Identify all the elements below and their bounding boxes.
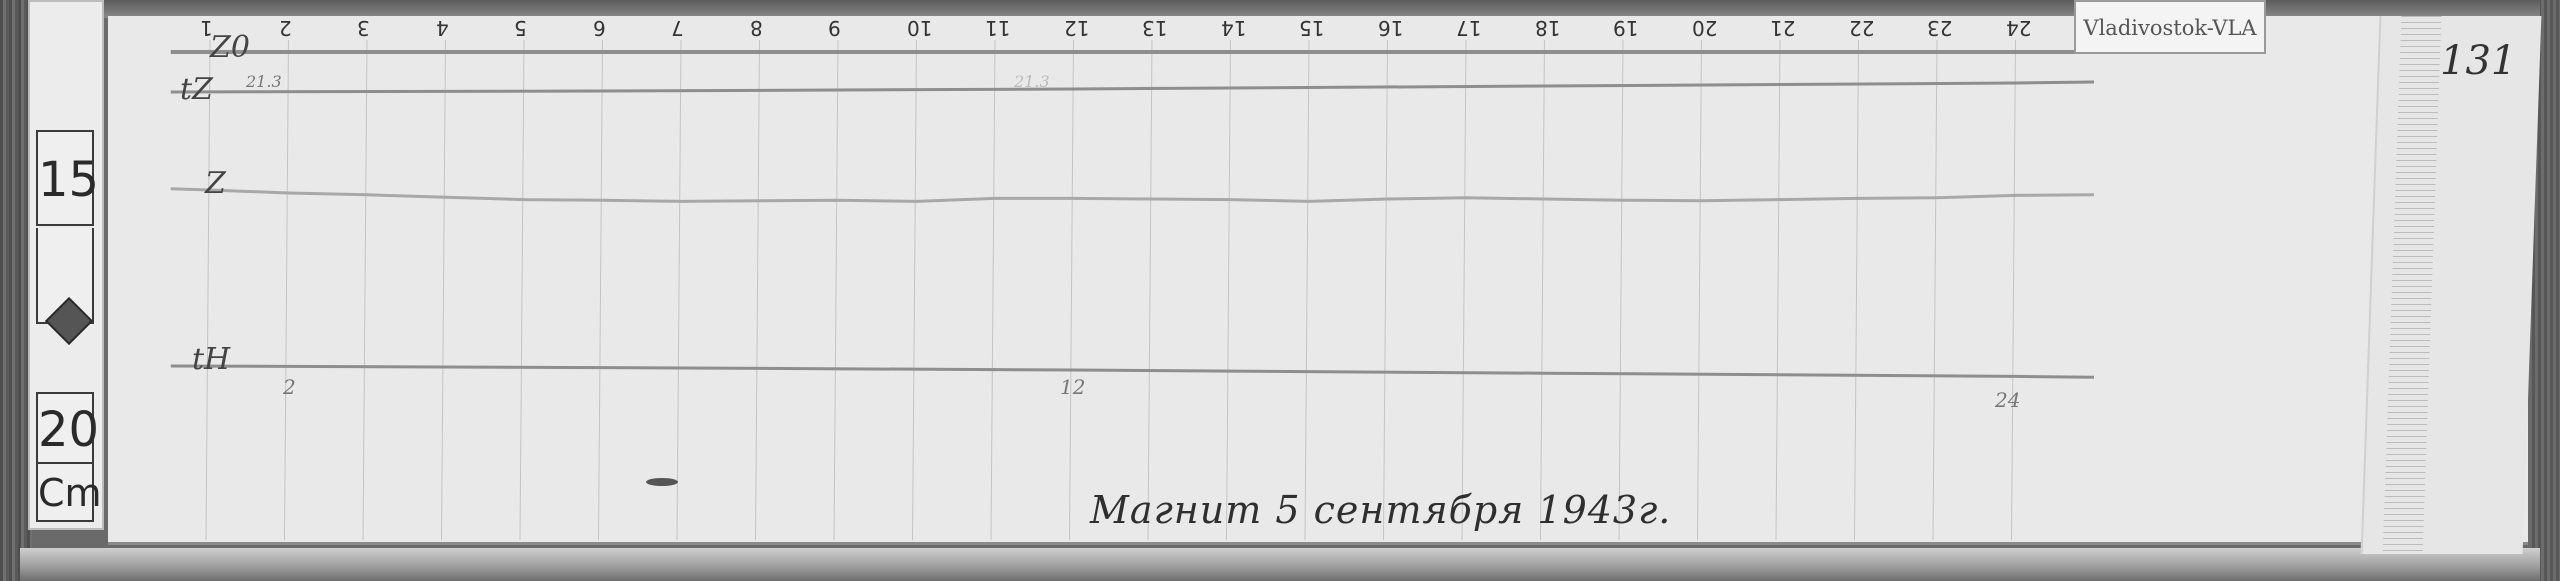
hour-tick-label: 21 [1770,16,1795,40]
hour-tick-label: 22 [1849,16,1874,40]
hour-tick-label: 8 [750,16,763,40]
hour-marker-24: 24 [1995,388,2020,412]
hour-tick-label: 4 [436,16,449,40]
hour-tick-label: 23 [1927,16,1952,40]
hour-tick-label: 18 [1535,16,1560,40]
hour-tick-label: 24 [2006,16,2031,40]
hour-tick-label: 13 [1142,16,1167,40]
trace-label-tz: tZ [180,72,213,107]
hour-marker-2: 2 [283,375,296,399]
hour-tick-label: 6 [593,16,606,40]
trace-line [171,366,2094,377]
hour-tick-label: 20 [1692,16,1717,40]
hour-marker-12: 12 [1060,375,1085,399]
tz-value-label-mid: 21.3 [1014,72,1050,91]
hour-tick-label: 17 [1456,16,1481,40]
trace-label-z: Z [205,166,226,201]
trace-label-z0: Z0 [210,30,250,65]
hour-tick-label: 15 [1299,16,1324,40]
hour-tick-label: 11 [985,16,1010,40]
hour-tick-label: 16 [1378,16,1403,40]
hour-tick-label: 10 [907,16,932,40]
trace-label-th: tH [192,342,230,377]
tz-value-label: 21.3 [246,72,282,91]
station-label: Vladivostok-VLA [2074,0,2266,54]
trace-line [171,189,2094,202]
hour-tick-label: 12 [1064,16,1089,40]
hour-tick-label: 9 [828,16,841,40]
hour-tick-label: 19 [1613,16,1638,40]
trace-line [171,82,2094,92]
caption: Магнит 5 сентября 1943г. [1090,488,1671,532]
hour-tick-label: 2 [279,16,292,40]
hour-tick-label: 14 [1221,16,1246,40]
sheet-number: 131 [2440,38,2516,84]
hour-tick-label: 5 [514,16,527,40]
hour-tick-label: 3 [357,16,370,40]
hour-tick-label: 7 [671,16,684,40]
